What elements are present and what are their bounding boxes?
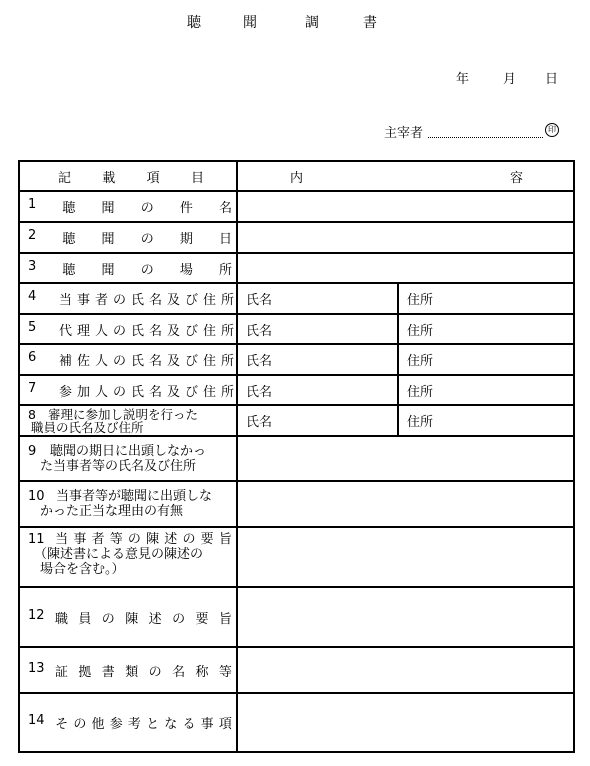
item-label: 14 そ の 他 参 考 と な る 事 項 [19, 693, 237, 752]
signature-line[interactable] [428, 137, 543, 138]
label-char: 聞 [102, 259, 115, 278]
label-char: 述 [149, 608, 162, 627]
label-char: 人 [95, 320, 108, 339]
item-number: 6 [28, 350, 54, 369]
label-char: 参 [110, 713, 123, 732]
label-char: 当 [59, 289, 72, 308]
name-cell[interactable]: 氏名 [237, 314, 398, 344]
address-cell[interactable]: 住所 [398, 405, 574, 436]
label-char: 者 [92, 532, 105, 547]
label-char: 等 [219, 661, 232, 680]
name-cell[interactable]: 氏名 [237, 405, 398, 436]
item-number: 2 [28, 228, 36, 247]
item-label: 13 証 拠 書 類 の 名 称 等 [19, 647, 237, 693]
label-char: の [141, 259, 154, 278]
table-header-row: 記 載 項 目 内 容 [19, 161, 574, 191]
item-number: 1 [28, 197, 36, 216]
date-line: 年 月 日 [0, 68, 590, 86]
year-label: 年 [456, 68, 469, 87]
item-label: 3 聴 聞 の 場 所 [19, 253, 237, 283]
label-char: 名 [149, 320, 162, 339]
day-label: 日 [545, 68, 558, 87]
content-cell[interactable] [237, 693, 574, 752]
title-char: 聴 [187, 12, 201, 32]
label-char: の [113, 350, 126, 369]
label-char: 所 [221, 381, 234, 400]
header-item-column: 記 載 項 目 [19, 161, 237, 191]
month-label: 月 [503, 68, 516, 87]
label-char: 場 [180, 259, 193, 278]
label-char: 事 [77, 289, 90, 308]
label-char: 佐 [77, 350, 90, 369]
table-row: 12 職 員 の 陳 述 の 要 旨 [19, 587, 574, 647]
label-char: 聴 [62, 259, 75, 278]
label-char: 氏 [131, 350, 144, 369]
label-char: 類 [125, 661, 138, 680]
item-number: 3 [28, 259, 36, 278]
label-line: かった正当な理由の有無 [40, 504, 183, 519]
label-char: の [141, 197, 154, 216]
table-row: 2 聴 聞 の 期 日 [19, 222, 574, 253]
label-char: 職 [55, 608, 68, 627]
label-char: 所 [221, 350, 234, 369]
label-char: 住 [203, 289, 216, 308]
label-char: そ [55, 713, 68, 732]
content-cell[interactable] [237, 481, 574, 527]
label-char: 所 [219, 259, 232, 278]
label-char: 代 [59, 320, 72, 339]
item-label: 8審理に参加し説明を行った 職員の氏名及び住所 [19, 405, 237, 436]
label-char: 加 [77, 381, 90, 400]
label-char: 名 [219, 197, 232, 216]
label-char: 当 [55, 532, 68, 547]
item-label: 4 当 事 者 の 氏 名 及 び 住 所 [19, 283, 237, 314]
label-char: 者 [95, 289, 108, 308]
table-row: 9聴聞の期日に出頭しなかっ た当事者等の氏名及び住所 [19, 436, 574, 481]
label-char: 補 [59, 350, 72, 369]
content-cell[interactable] [237, 191, 574, 222]
content-cell[interactable] [237, 436, 574, 481]
label-line: 職員の氏名及び住所 [31, 420, 144, 435]
address-cell[interactable]: 住所 [398, 283, 574, 314]
label-char: 名 [149, 381, 162, 400]
table-row: 13 証 拠 書 類 の 名 称 等 [19, 647, 574, 693]
label-char: 及 [167, 350, 180, 369]
header-content-column: 内 容 [237, 161, 574, 191]
label-char: 他 [92, 713, 105, 732]
label-char: 事 [73, 532, 86, 547]
item-number: 11 [28, 532, 50, 547]
content-cell[interactable] [237, 647, 574, 693]
label-char: 名 [172, 661, 185, 680]
hearing-record-table: 記 載 項 目 内 容 1 聴 聞 の 件 名 2 聴 聞 [18, 160, 575, 753]
label-char: 人 [95, 381, 108, 400]
label-char: 住 [203, 350, 216, 369]
table-row: 5 代 理 人 の 氏 名 及 び 住 所 氏名 住所 [19, 314, 574, 344]
item-number: 12 [28, 608, 45, 627]
label-char: 拠 [78, 661, 91, 680]
table-row: 6 補 佐 人 の 氏 名 及 び 住 所 氏名 住所 [19, 344, 574, 375]
address-cell[interactable]: 住所 [398, 314, 574, 344]
label-char: 事 [201, 713, 214, 732]
label-char: の [113, 381, 126, 400]
item-number: 4 [28, 289, 54, 308]
title-char: 聞 [243, 12, 257, 32]
label-char: 所 [221, 289, 234, 308]
item-number: 7 [28, 381, 54, 400]
item-label: 2 聴 聞 の 期 日 [19, 222, 237, 253]
name-cell[interactable]: 氏名 [237, 375, 398, 405]
label-char: の [113, 289, 126, 308]
table-row: 1 聴 聞 の 件 名 [19, 191, 574, 222]
label-char: 聴 [62, 228, 75, 247]
label-char: 聞 [102, 197, 115, 216]
table-row: 7 参 加 人 の 氏 名 及 び 住 所 氏名 住所 [19, 375, 574, 405]
label-char: 項 [219, 713, 232, 732]
label-char: 日 [219, 228, 232, 247]
label-char: 等 [110, 532, 123, 547]
content-cell[interactable] [237, 253, 574, 283]
label-char: る [182, 713, 195, 732]
item-label: 11 当 事 者 等 の 陳 述 の 要 旨 （陳述書による意見の陳述の 場合を… [19, 527, 237, 587]
label-char: の [172, 608, 185, 627]
item-number: 10 [28, 489, 56, 504]
label-char: 及 [167, 320, 180, 339]
label-char: 氏 [131, 381, 144, 400]
item-label: 5 代 理 人 の 氏 名 及 び 住 所 [19, 314, 237, 344]
label-char: の [113, 320, 126, 339]
header-char: 記 [58, 167, 71, 186]
title-char: 調 [305, 12, 319, 32]
presider-label: 主宰者 [384, 122, 423, 141]
item-number: 9 [28, 444, 50, 459]
item-label: 1 聴 聞 の 件 名 [19, 191, 237, 222]
title-char: 書 [363, 12, 377, 32]
label-char: の [128, 532, 141, 547]
content-cell[interactable] [237, 222, 574, 253]
header-char: 項 [147, 167, 160, 186]
label-char: の [141, 228, 154, 247]
item-number: 5 [28, 320, 54, 339]
label-char: 人 [95, 350, 108, 369]
label-char: 陳 [146, 532, 159, 547]
address-cell[interactable]: 住所 [398, 375, 574, 405]
label-char: 要 [195, 608, 208, 627]
label-char: 氏 [131, 289, 144, 308]
label-char: び [185, 350, 198, 369]
label-char: び [185, 381, 198, 400]
table-row: 3 聴 聞 の 場 所 [19, 253, 574, 283]
item-label: 10当事者等が聴聞に出頭しな かった正当な理由の有無 [19, 481, 237, 527]
label-char: 聴 [62, 197, 75, 216]
label-char: と [146, 713, 159, 732]
item-label: 7 参 加 人 の 氏 名 及 び 住 所 [19, 375, 237, 405]
document-title: 聴 聞 調 書 [0, 12, 590, 32]
label-char: 考 [128, 713, 141, 732]
label-char: の [182, 532, 195, 547]
item-number: 13 [28, 661, 45, 680]
label-char: の [102, 608, 115, 627]
name-cell[interactable]: 氏名 [237, 283, 398, 314]
label-char: 述 [164, 532, 177, 547]
label-char: 氏 [131, 320, 144, 339]
seal-icon: 印 [545, 123, 559, 137]
label-char: 住 [203, 381, 216, 400]
label-char: 期 [180, 228, 193, 247]
label-char: び [185, 289, 198, 308]
label-char: 参 [59, 381, 72, 400]
label-char: の [73, 713, 86, 732]
table-row: 14 そ の 他 参 考 と な る 事 項 [19, 693, 574, 752]
label-char: な [164, 713, 177, 732]
label-char: 住 [203, 320, 216, 339]
label-line: 聴聞の期日に出頭しなかっ [50, 444, 206, 459]
content-cell[interactable] [237, 527, 574, 587]
item-label: 6 補 佐 人 の 氏 名 及 び 住 所 [19, 344, 237, 375]
label-line: 場合を含む。） [40, 562, 125, 577]
header-char: 容 [510, 167, 523, 186]
table-row: 10当事者等が聴聞に出頭しな かった正当な理由の有無 [19, 481, 574, 527]
header-char: 載 [102, 167, 115, 186]
header-char: 目 [191, 167, 204, 186]
label-char: の [149, 661, 162, 680]
label-char: 所 [221, 320, 234, 339]
label-char: 旨 [219, 608, 232, 627]
table-row: 4 当 事 者 の 氏 名 及 び 住 所 氏名 住所 [19, 283, 574, 314]
label-char: 要 [201, 532, 214, 547]
content-cell[interactable] [237, 587, 574, 647]
item-label: 9聴聞の期日に出頭しなかっ た当事者等の氏名及び住所 [19, 436, 237, 481]
item-label: 12 職 員 の 陳 述 の 要 旨 [19, 587, 237, 647]
table-row: 8審理に参加し説明を行った 職員の氏名及び住所 氏名 住所 [19, 405, 574, 436]
label-char: 証 [55, 661, 68, 680]
label-line: た当事者等の氏名及び住所 [40, 459, 196, 474]
label-char: 称 [195, 661, 208, 680]
item-number: 14 [28, 713, 50, 732]
name-cell[interactable]: 氏名 [237, 344, 398, 375]
label-char: び [185, 320, 198, 339]
table-row: 11 当 事 者 等 の 陳 述 の 要 旨 （陳述書による意見の陳述の 場合を… [19, 527, 574, 587]
label-char: 名 [149, 289, 162, 308]
label-char: 名 [149, 350, 162, 369]
label-line: （陳述書による意見の陳述の [34, 547, 203, 562]
address-cell[interactable]: 住所 [398, 344, 574, 375]
label-char: 理 [77, 320, 90, 339]
label-char: 書 [102, 661, 115, 680]
label-char: 旨 [219, 532, 232, 547]
label-char: 陳 [125, 608, 138, 627]
label-char: 及 [167, 289, 180, 308]
header-char: 内 [290, 167, 303, 186]
label-char: 員 [78, 608, 91, 627]
label-char: 件 [180, 197, 193, 216]
label-char: 及 [167, 381, 180, 400]
label-char: 聞 [102, 228, 115, 247]
label-line: 当事者等が聴聞に出頭しな [56, 489, 212, 504]
